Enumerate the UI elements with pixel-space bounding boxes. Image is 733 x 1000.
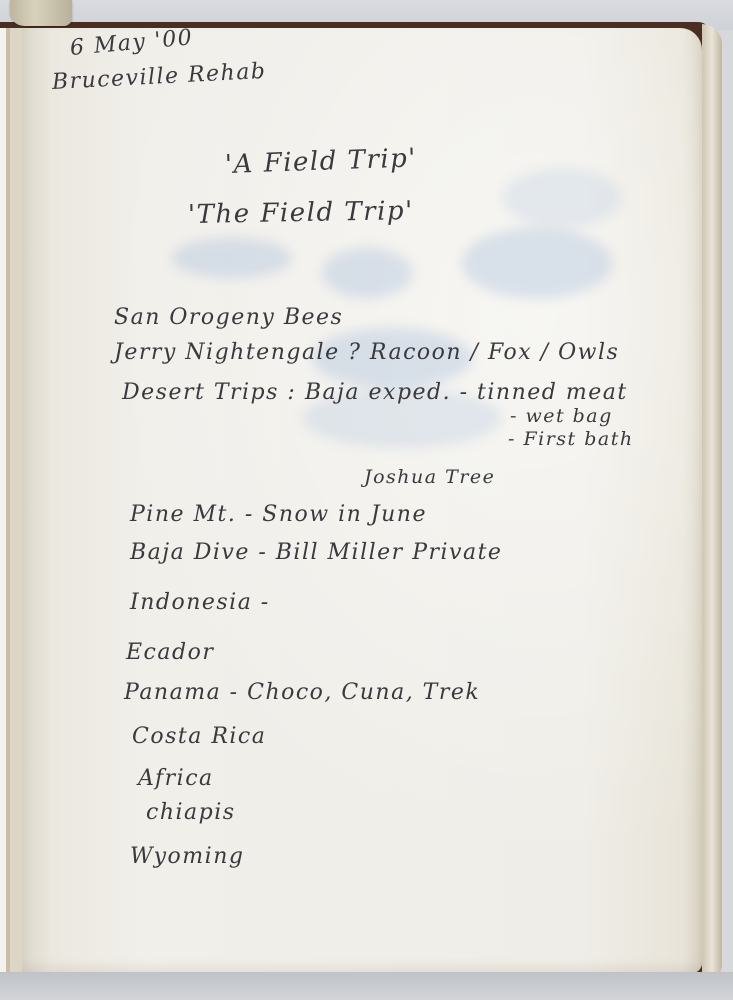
list-item: Wyoming (130, 844, 244, 869)
ink-bleed (502, 168, 622, 228)
list-subitem: - First bath (508, 428, 634, 450)
ink-bleed (322, 248, 412, 298)
list-item: Costa Rica (132, 724, 266, 749)
notebook-photo: 6 May '00 Bruceville Rehab 'A Field Trip… (0, 0, 733, 1000)
list-item: chiapis (146, 800, 236, 825)
title-the-field-trip: 'The Field Trip' (188, 196, 414, 230)
ink-bleed (172, 238, 292, 278)
list-item: Panama - Choco, Cuna, Trek (124, 680, 480, 705)
list-item: Pine Mt. - Snow in June (130, 502, 427, 527)
list-item: Baja Dive - Bill Miller Private (130, 540, 502, 565)
list-item: Desert Trips : Baja exped. - tinned meat (122, 380, 628, 405)
bookmark-ribbon (10, 0, 72, 26)
ink-bleed (462, 228, 612, 298)
list-item: Ecador (126, 640, 214, 665)
list-item: Indonesia - (130, 590, 270, 615)
list-item: Jerry Nightengale ? Racoon / Fox / Owls (114, 340, 619, 365)
list-item: Joshua Tree (364, 466, 495, 488)
list-item: Africa (138, 766, 214, 791)
list-subitem: - wet bag (510, 405, 613, 427)
list-item: San Orogeny Bees (114, 305, 343, 330)
background-surface-bottom (0, 972, 733, 1000)
